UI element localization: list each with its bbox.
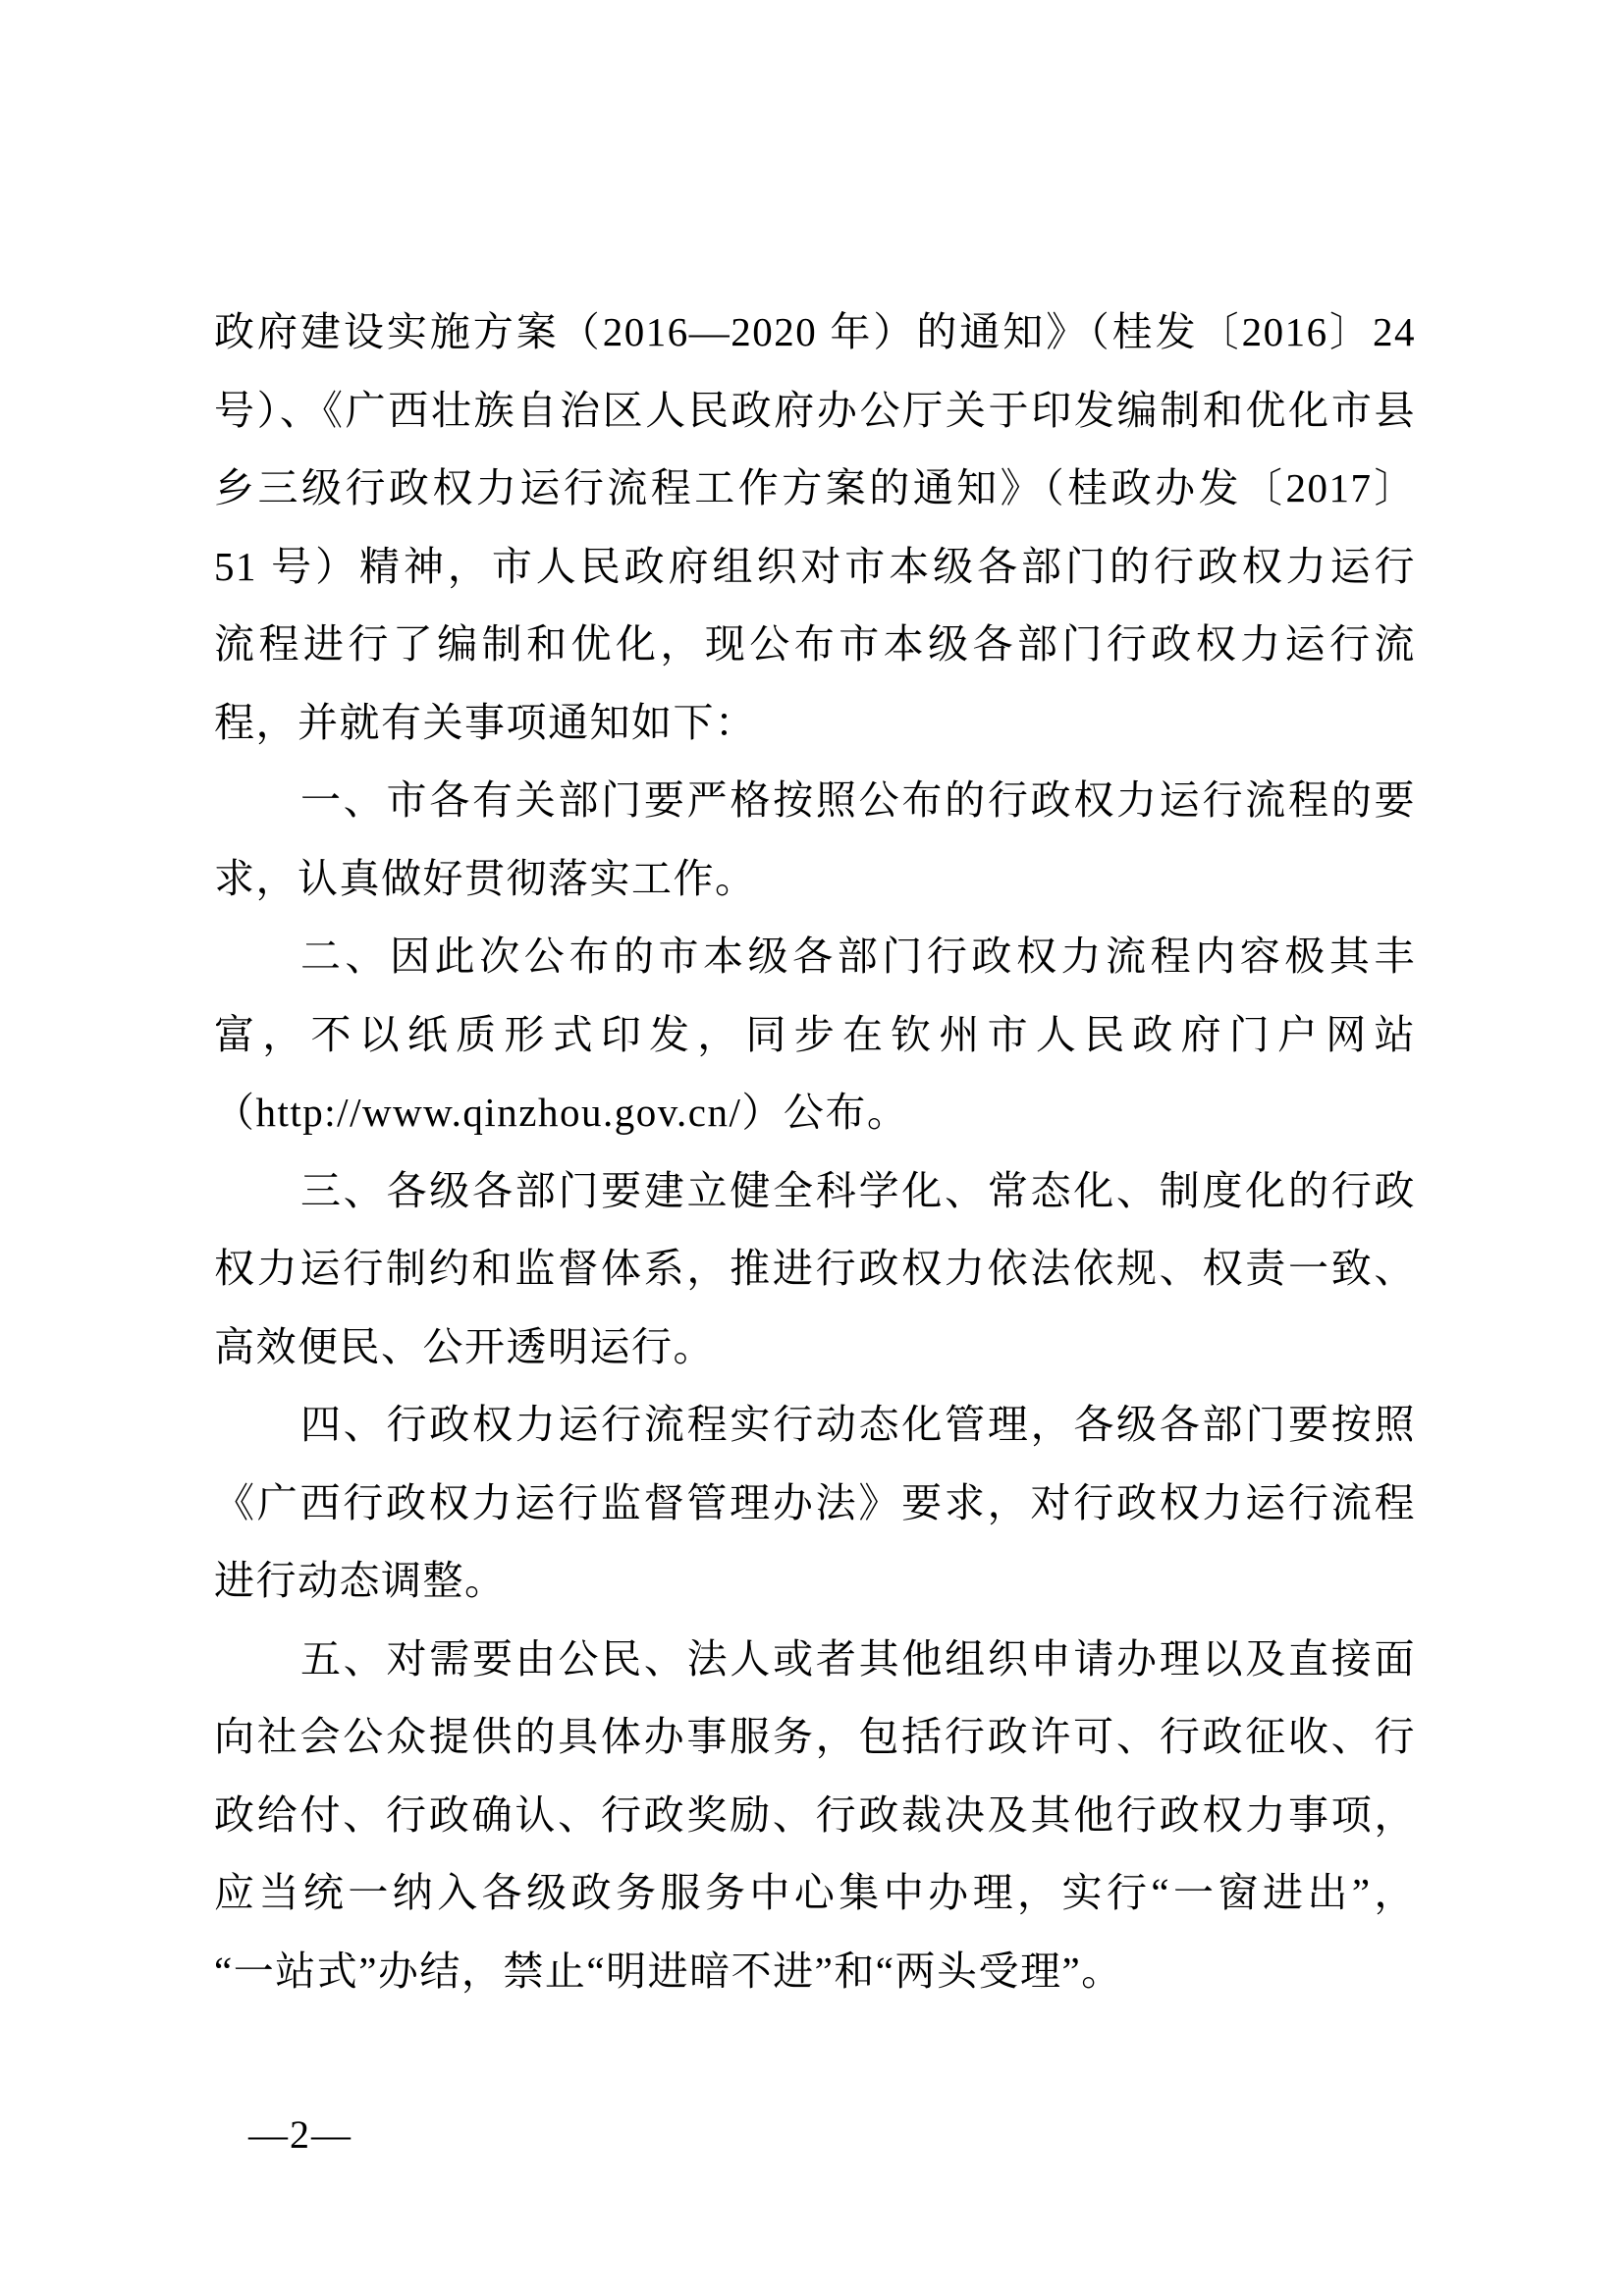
text-line: 51 号）精神，市人民政府组织对市本级各部门的行政权力运行 <box>214 528 1416 607</box>
text-line: “一站式”办结，禁止“明进暗不进”和“两头受理”。 <box>214 1933 1416 2011</box>
text-line: 求，认真做好贯彻落实工作。 <box>214 840 1416 919</box>
text-line: 乡三级行政权力运行流程工作方案的通知》（桂政办发〔2017〕 <box>214 450 1416 528</box>
text-line: 应当统一纳入各级政务服务中心集中办理，实行“一窗进出”， <box>214 1854 1416 1933</box>
text-line: 二、因此次公布的市本级各部门行政权力流程内容极其丰 <box>214 918 1416 996</box>
text-line: 权力运行制约和监督体系，推进行政权力依法依规、权责一致、 <box>214 1230 1416 1308</box>
text-line: 进行动态调整。 <box>214 1542 1416 1621</box>
document-page: 政府建设实施方案（2016—2020 年）的通知》（桂发〔2016〕24 号）、… <box>0 0 1624 2296</box>
text-line: 五、对需要由公民、法人或者其他组织申请办理以及直接面 <box>214 1621 1416 1699</box>
page-number: —2— <box>248 2107 352 2163</box>
text-line: 政给付、行政确认、行政奖励、行政裁决及其他行政权力事项， <box>214 1777 1416 1855</box>
text-line-url: （http://www.qinzhou.gov.cn/）公布。 <box>214 1074 1416 1152</box>
text-line: 富，不以纸质形式印发，同步在钦州市人民政府门户网站 <box>214 996 1416 1075</box>
text-line: 向社会公众提供的具体办事服务，包括行政许可、行政征收、行 <box>214 1698 1416 1777</box>
text-line: 号）、《广西壮族自治区人民政府办公厅关于印发编制和优化市县 <box>214 372 1416 451</box>
text-line: 三、各级各部门要建立健全科学化、常态化、制度化的行政 <box>214 1152 1416 1231</box>
document-body: 政府建设实施方案（2016—2020 年）的通知》（桂发〔2016〕24 号）、… <box>214 294 1416 2010</box>
text-line: 高效便民、公开透明运行。 <box>214 1308 1416 1387</box>
text-line: 流程进行了编制和优化，现公布市本级各部门行政权力运行流 <box>214 606 1416 684</box>
text-line: 《广西行政权力运行监督管理办法》要求，对行政权力运行流程 <box>214 1465 1416 1543</box>
text-line: 政府建设实施方案（2016—2020 年）的通知》（桂发〔2016〕24 <box>214 294 1416 372</box>
text-line: 一、市各有关部门要严格按照公布的行政权力运行流程的要 <box>214 762 1416 840</box>
text-line: 四、行政权力运行流程实行动态化管理，各级各部门要按照 <box>214 1386 1416 1465</box>
text-line: 程，并就有关事项通知如下： <box>214 684 1416 763</box>
